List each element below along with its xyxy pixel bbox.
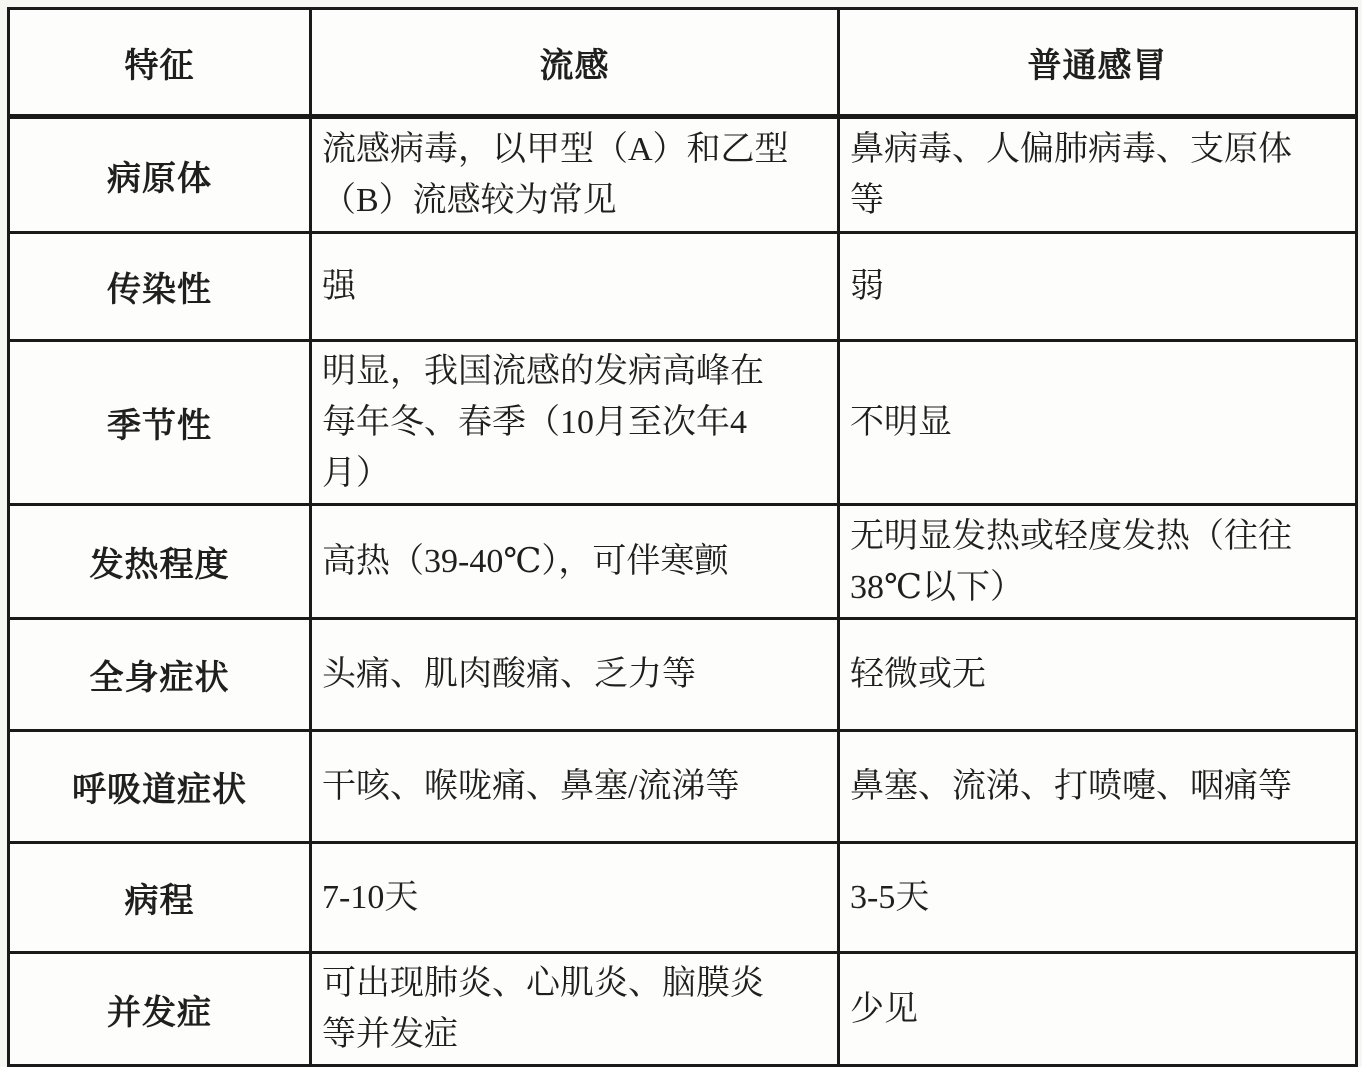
feature-cell: 呼吸道症状 — [9, 731, 311, 843]
flu-cell: 7-10天 — [311, 843, 839, 953]
flu-cell: 明显，我国流感的发病高峰在 每年冬、春季（10月至次年4 月） — [311, 341, 839, 505]
flu-cell: 流感病毒，以甲型（A）和乙型 （B）流感较为常见 — [311, 117, 839, 233]
feature-cell: 发热程度 — [9, 505, 311, 619]
table-row-fever: 发热程度 高热（39-40℃），可伴寒颤 无明显发热或轻度发热（往往 38℃以下… — [9, 505, 1357, 619]
table-row-complications: 并发症 可出现肺炎、心肌炎、脑膜炎 等并发症 少见 — [9, 953, 1357, 1066]
table-row-systemic-symptoms: 全身症状 头痛、肌肉酸痛、乏力等 轻微或无 — [9, 619, 1357, 731]
cold-cell: 弱 — [839, 233, 1357, 341]
cold-cell: 鼻塞、流涕、打喷嚏、咽痛等 — [839, 731, 1357, 843]
comparison-table-container: 特征 流感 普通感冒 病原体 流感病毒，以甲型（A）和乙型 （B）流感较为常见 … — [7, 7, 1358, 1067]
table-row-respiratory-symptoms: 呼吸道症状 干咳、喉咙痛、鼻塞/流涕等 鼻塞、流涕、打喷嚏、咽痛等 — [9, 731, 1357, 843]
feature-cell: 病程 — [9, 843, 311, 953]
flu-cell: 高热（39-40℃），可伴寒颤 — [311, 505, 839, 619]
cold-cell: 鼻病毒、人偏肺病毒、支原体 等 — [839, 117, 1357, 233]
cold-cell: 3-5天 — [839, 843, 1357, 953]
header-row: 特征 流感 普通感冒 — [9, 9, 1357, 117]
flu-cell: 可出现肺炎、心肌炎、脑膜炎 等并发症 — [311, 953, 839, 1066]
header-flu: 流感 — [311, 9, 839, 117]
feature-cell: 传染性 — [9, 233, 311, 341]
table-row-course: 病程 7-10天 3-5天 — [9, 843, 1357, 953]
feature-cell: 季节性 — [9, 341, 311, 505]
header-cold: 普通感冒 — [839, 9, 1357, 117]
flu-cell: 强 — [311, 233, 839, 341]
flu-cell: 干咳、喉咙痛、鼻塞/流涕等 — [311, 731, 839, 843]
feature-cell: 并发症 — [9, 953, 311, 1066]
table-row-seasonality: 季节性 明显，我国流感的发病高峰在 每年冬、春季（10月至次年4 月） 不明显 — [9, 341, 1357, 505]
flu-vs-cold-table: 特征 流感 普通感冒 病原体 流感病毒，以甲型（A）和乙型 （B）流感较为常见 … — [7, 7, 1358, 1067]
header-feature: 特征 — [9, 9, 311, 117]
table-row-infectivity: 传染性 强 弱 — [9, 233, 1357, 341]
feature-cell: 全身症状 — [9, 619, 311, 731]
cold-cell: 无明显发热或轻度发热（往往 38℃以下） — [839, 505, 1357, 619]
flu-cell: 头痛、肌肉酸痛、乏力等 — [311, 619, 839, 731]
cold-cell: 少见 — [839, 953, 1357, 1066]
cold-cell: 轻微或无 — [839, 619, 1357, 731]
table-row-pathogen: 病原体 流感病毒，以甲型（A）和乙型 （B）流感较为常见 鼻病毒、人偏肺病毒、支… — [9, 117, 1357, 233]
feature-cell: 病原体 — [9, 117, 311, 233]
cold-cell: 不明显 — [839, 341, 1357, 505]
